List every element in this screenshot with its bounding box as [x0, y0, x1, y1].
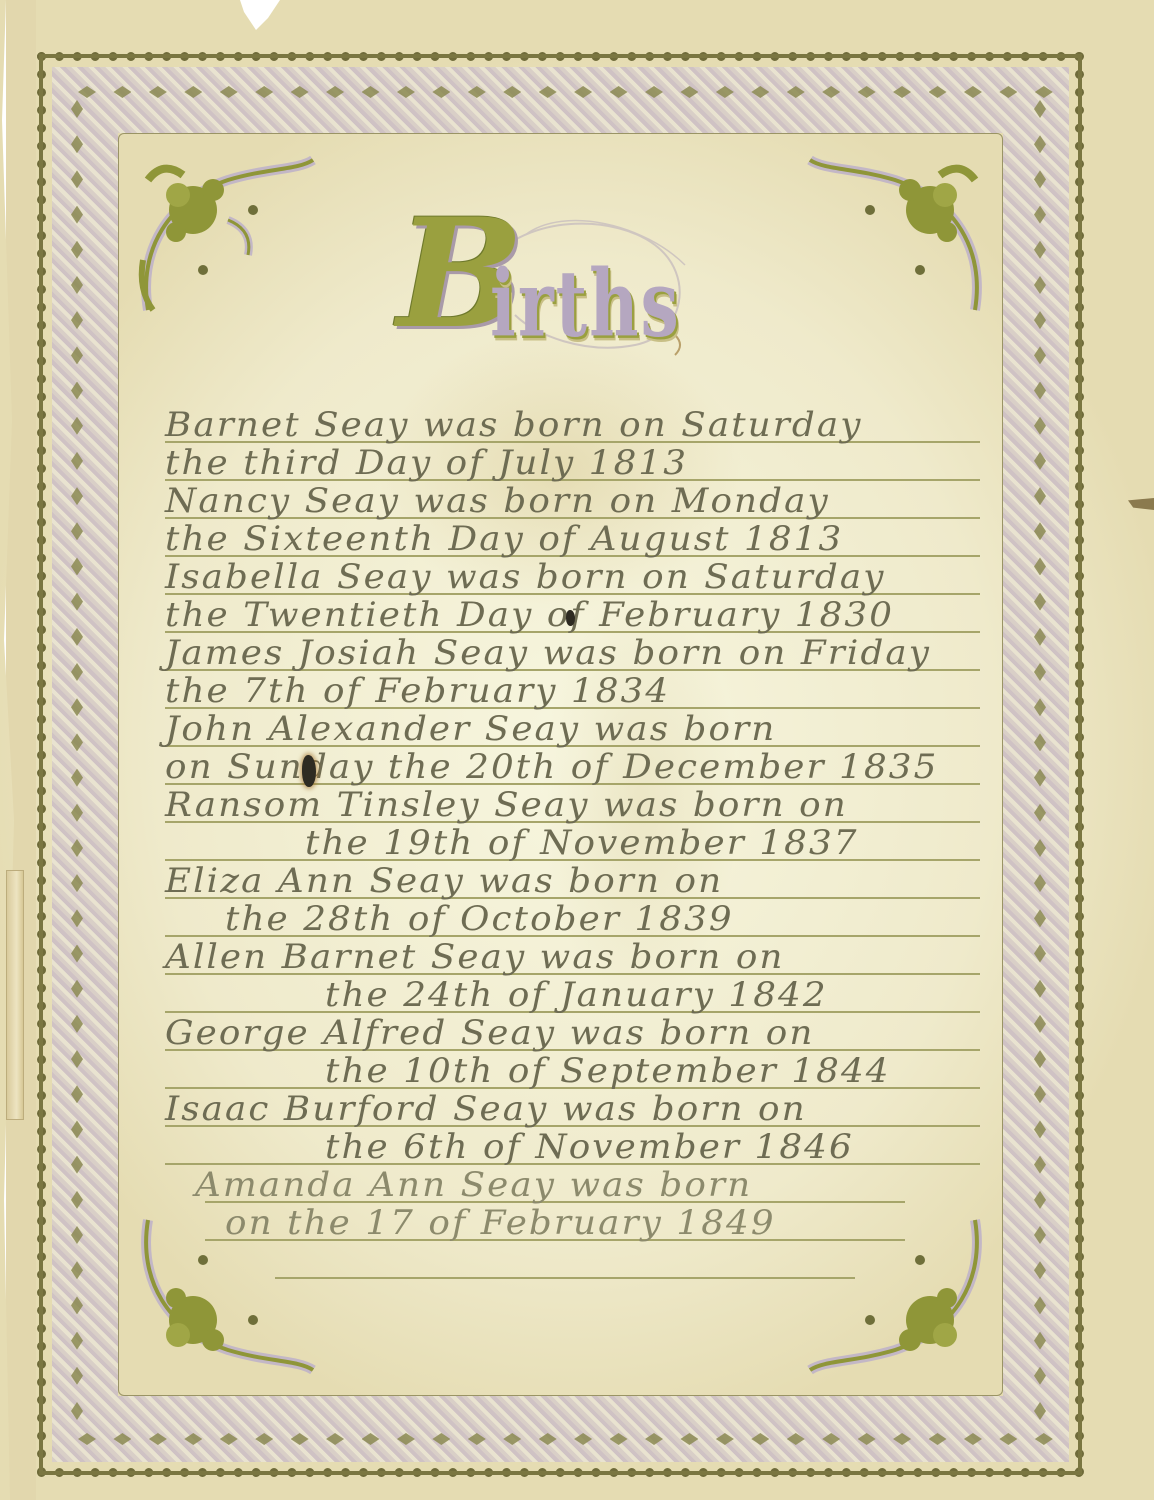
diamond-ornament-icon	[574, 1433, 592, 1445]
diamond-ornament-icon	[751, 86, 769, 98]
diamond-ornament-icon	[751, 1433, 769, 1445]
diamond-ornament-icon	[503, 86, 521, 98]
diamond-ornament-icon	[468, 86, 486, 98]
diamond-ornament-icon	[893, 1433, 911, 1445]
entry-line: John Alexander Seay was born	[165, 709, 776, 749]
diamond-ornament-icon	[255, 1433, 273, 1445]
diamond-ornament-icon	[255, 86, 273, 98]
entry-line: the Sixteenth Day of August 1813	[165, 519, 843, 559]
entry-line: the third Day of July 1813	[165, 443, 688, 483]
diamond-ornament-icon	[1034, 452, 1046, 470]
diamond-ornament-icon	[574, 86, 592, 98]
diamond-ornament-icon	[1034, 206, 1046, 224]
diamond-ornament-icon	[645, 1433, 663, 1445]
entry-line: the Twentieth Day of February 1830	[165, 595, 894, 635]
diamond-ornament-icon	[468, 1433, 486, 1445]
diamond-ornament-icon	[645, 86, 663, 98]
diamond-ornament-icon	[71, 1296, 83, 1314]
diamond-ornament-icon	[71, 276, 83, 294]
ink-blot	[302, 755, 316, 787]
diamond-ornament-icon	[1034, 663, 1046, 681]
diamond-ornament-icon	[71, 452, 83, 470]
diamond-ornament-icon	[1034, 1261, 1046, 1279]
diamond-ornament-icon	[1034, 276, 1046, 294]
diamond-ornament-icon	[397, 86, 415, 98]
torn-left-edge	[0, 0, 36, 1500]
entry-line: Allen Barnet Seay was born on	[165, 937, 785, 977]
diamond-ornament-icon	[822, 1433, 840, 1445]
entry-line: Barnet Seay was born on Saturday	[165, 405, 863, 445]
diamond-ornament-icon	[71, 382, 83, 400]
diamond-ornament-icon	[1034, 1050, 1046, 1068]
diamond-ornament-icon	[71, 593, 83, 611]
diamond-ornament-icon	[432, 86, 450, 98]
entry-line: Ransom Tinsley Seay was born on	[165, 785, 848, 825]
entry-line: George Alfred Seay was born on	[165, 1013, 814, 1053]
entry-line: James Josiah Seay was born on Friday	[165, 633, 931, 673]
diamond-ornament-icon	[999, 86, 1017, 98]
entry-line: Eliza Ann Seay was born on	[165, 861, 723, 901]
entry-line: the 28th of October 1839	[225, 899, 734, 939]
diamond-ornament-icon	[71, 1050, 83, 1068]
floral-corner-ornament-icon	[805, 1200, 995, 1390]
diamond-ornament-icon	[716, 1433, 734, 1445]
diamond-ornament-icon	[1034, 382, 1046, 400]
entry-line: the 6th of November 1846	[325, 1127, 854, 1167]
diamond-ornament-icon	[71, 311, 83, 329]
diamond-ornament-icon	[78, 1433, 96, 1445]
diamond-ornament-icon	[71, 874, 83, 892]
torn-top-notch	[240, 0, 280, 30]
diamond-ornament-icon	[71, 909, 83, 927]
diamond-ornament-icon	[71, 1367, 83, 1385]
diamond-ornament-icon	[822, 86, 840, 98]
diamond-ornament-icon	[71, 346, 83, 364]
diamond-ornament-icon	[184, 1433, 202, 1445]
diamond-ornament-icon	[1034, 980, 1046, 998]
entry-line: Isabella Seay was born on Saturday	[165, 557, 885, 597]
diamond-ornament-icon	[362, 86, 380, 98]
diamond-ornament-icon	[1034, 804, 1046, 822]
diamond-ornament-icon	[1034, 557, 1046, 575]
diamond-ornament-icon	[999, 1433, 1017, 1445]
entry-line: the 24th of January 1842	[325, 975, 828, 1015]
diamond-ornament-icon	[610, 86, 628, 98]
diamond-ornament-icon	[1034, 909, 1046, 927]
border-diamonds-left	[71, 100, 85, 1420]
diamond-ornament-icon	[326, 1433, 344, 1445]
diamond-ornament-icon	[680, 86, 698, 98]
page-title: B irths	[395, 195, 715, 365]
diamond-ornament-icon	[71, 1226, 83, 1244]
floral-corner-ornament-icon	[805, 140, 995, 330]
diamond-ornament-icon	[71, 1015, 83, 1033]
diamond-ornament-icon	[610, 1433, 628, 1445]
diamond-ornament-icon	[1034, 839, 1046, 857]
diamond-ornament-icon	[71, 1156, 83, 1174]
entry-line: the 7th of February 1834	[165, 671, 670, 711]
border-diamonds-right	[1034, 100, 1048, 1420]
diamond-ornament-icon	[1034, 628, 1046, 646]
diamond-ornament-icon	[184, 86, 202, 98]
diamond-ornament-icon	[1034, 417, 1046, 435]
diamond-ornament-icon	[787, 86, 805, 98]
diamond-ornament-icon	[71, 557, 83, 575]
diamond-ornament-icon	[1034, 1296, 1046, 1314]
entry-line: Isaac Burford Seay was born on	[165, 1089, 807, 1129]
diamond-ornament-icon	[291, 1433, 309, 1445]
diamond-ornament-icon	[397, 1433, 415, 1445]
diamond-ornament-icon	[1034, 1156, 1046, 1174]
page-edge-mark	[1128, 498, 1154, 510]
diamond-ornament-icon	[113, 86, 131, 98]
diamond-ornament-icon	[291, 86, 309, 98]
diamond-ornament-icon	[71, 733, 83, 751]
diamond-ornament-icon	[71, 1191, 83, 1209]
diamond-ornament-icon	[71, 100, 83, 118]
diamond-ornament-icon	[1034, 769, 1046, 787]
binding-tab	[6, 870, 24, 1120]
diamond-ornament-icon	[858, 86, 876, 98]
entry-line: the 19th of November 1837	[305, 823, 859, 863]
diamond-ornament-icon	[539, 86, 557, 98]
diamond-ornament-icon	[71, 135, 83, 153]
diamond-ornament-icon	[1034, 522, 1046, 540]
diamond-ornament-icon	[1034, 1367, 1046, 1385]
diamond-ornament-icon	[220, 1433, 238, 1445]
diamond-ornament-icon	[149, 1433, 167, 1445]
diamond-ornament-icon	[1034, 874, 1046, 892]
title-text: irths	[490, 257, 681, 352]
diamond-ornament-icon	[71, 487, 83, 505]
diamond-ornament-icon	[71, 170, 83, 188]
entry-line: on Sunday the 20th of December 1835	[165, 747, 938, 787]
diamond-ornament-icon	[787, 1433, 805, 1445]
diamond-ornament-icon	[539, 1433, 557, 1445]
diamond-ornament-icon	[1034, 135, 1046, 153]
diamond-ornament-icon	[71, 1402, 83, 1420]
ink-blot	[566, 610, 575, 626]
border-diamonds-bottom	[78, 1433, 1053, 1447]
diamond-ornament-icon	[149, 86, 167, 98]
diamond-ornament-icon	[1034, 1191, 1046, 1209]
diamond-ornament-icon	[71, 1261, 83, 1279]
diamond-ornament-icon	[1034, 170, 1046, 188]
diamond-ornament-icon	[71, 522, 83, 540]
border-diamonds-top	[78, 86, 1053, 100]
diamond-ornament-icon	[71, 1120, 83, 1138]
diamond-ornament-icon	[71, 1085, 83, 1103]
diamond-ornament-icon	[432, 1433, 450, 1445]
diamond-ornament-icon	[964, 86, 982, 98]
diamond-ornament-icon	[1034, 945, 1046, 963]
diamond-ornament-icon	[71, 206, 83, 224]
diamond-ornament-icon	[1034, 1226, 1046, 1244]
diamond-ornament-icon	[929, 1433, 947, 1445]
diamond-ornament-icon	[893, 86, 911, 98]
diamond-ornament-icon	[1034, 346, 1046, 364]
diamond-ornament-icon	[1035, 1433, 1053, 1445]
diamond-ornament-icon	[1034, 311, 1046, 329]
document-page: B irths Barnet Seay was born on Saturday…	[0, 0, 1154, 1500]
diamond-ornament-icon	[71, 945, 83, 963]
diamond-ornament-icon	[78, 86, 96, 98]
entry-line: Nancy Seay was born on Monday	[165, 481, 830, 521]
diamond-ornament-icon	[71, 241, 83, 259]
diamond-ornament-icon	[71, 698, 83, 716]
diamond-ornament-icon	[71, 980, 83, 998]
diamond-ornament-icon	[680, 1433, 698, 1445]
diamond-ornament-icon	[71, 839, 83, 857]
diamond-ornament-icon	[71, 628, 83, 646]
diamond-ornament-icon	[71, 1332, 83, 1350]
diamond-ornament-icon	[1034, 100, 1046, 118]
diamond-ornament-icon	[71, 804, 83, 822]
diamond-ornament-icon	[716, 86, 734, 98]
diamond-ornament-icon	[929, 86, 947, 98]
diamond-ornament-icon	[326, 86, 344, 98]
diamond-ornament-icon	[858, 1433, 876, 1445]
diamond-ornament-icon	[1034, 593, 1046, 611]
diamond-ornament-icon	[113, 1433, 131, 1445]
floral-corner-ornament-icon	[128, 140, 318, 330]
diamond-ornament-icon	[1034, 733, 1046, 751]
entry-line: on the 17 of February 1849	[225, 1203, 776, 1243]
diamond-ornament-icon	[71, 663, 83, 681]
diamond-ornament-icon	[71, 417, 83, 435]
diamond-ornament-icon	[1034, 1120, 1046, 1138]
diamond-ornament-icon	[1034, 1085, 1046, 1103]
diamond-ornament-icon	[220, 86, 238, 98]
diamond-ornament-icon	[1034, 698, 1046, 716]
diamond-ornament-icon	[71, 769, 83, 787]
diamond-ornament-icon	[1034, 1402, 1046, 1420]
ruled-line	[275, 1277, 855, 1279]
diamond-ornament-icon	[1034, 1015, 1046, 1033]
diamond-ornament-icon	[1034, 1332, 1046, 1350]
diamond-ornament-icon	[964, 1433, 982, 1445]
diamond-ornament-icon	[503, 1433, 521, 1445]
diamond-ornament-icon	[1034, 487, 1046, 505]
diamond-ornament-icon	[362, 1433, 380, 1445]
entry-line: Amanda Ann Seay was born	[195, 1165, 752, 1205]
diamond-ornament-icon	[1034, 241, 1046, 259]
diamond-ornament-icon	[1035, 86, 1053, 98]
entry-line: the 10th of September 1844	[325, 1051, 891, 1091]
